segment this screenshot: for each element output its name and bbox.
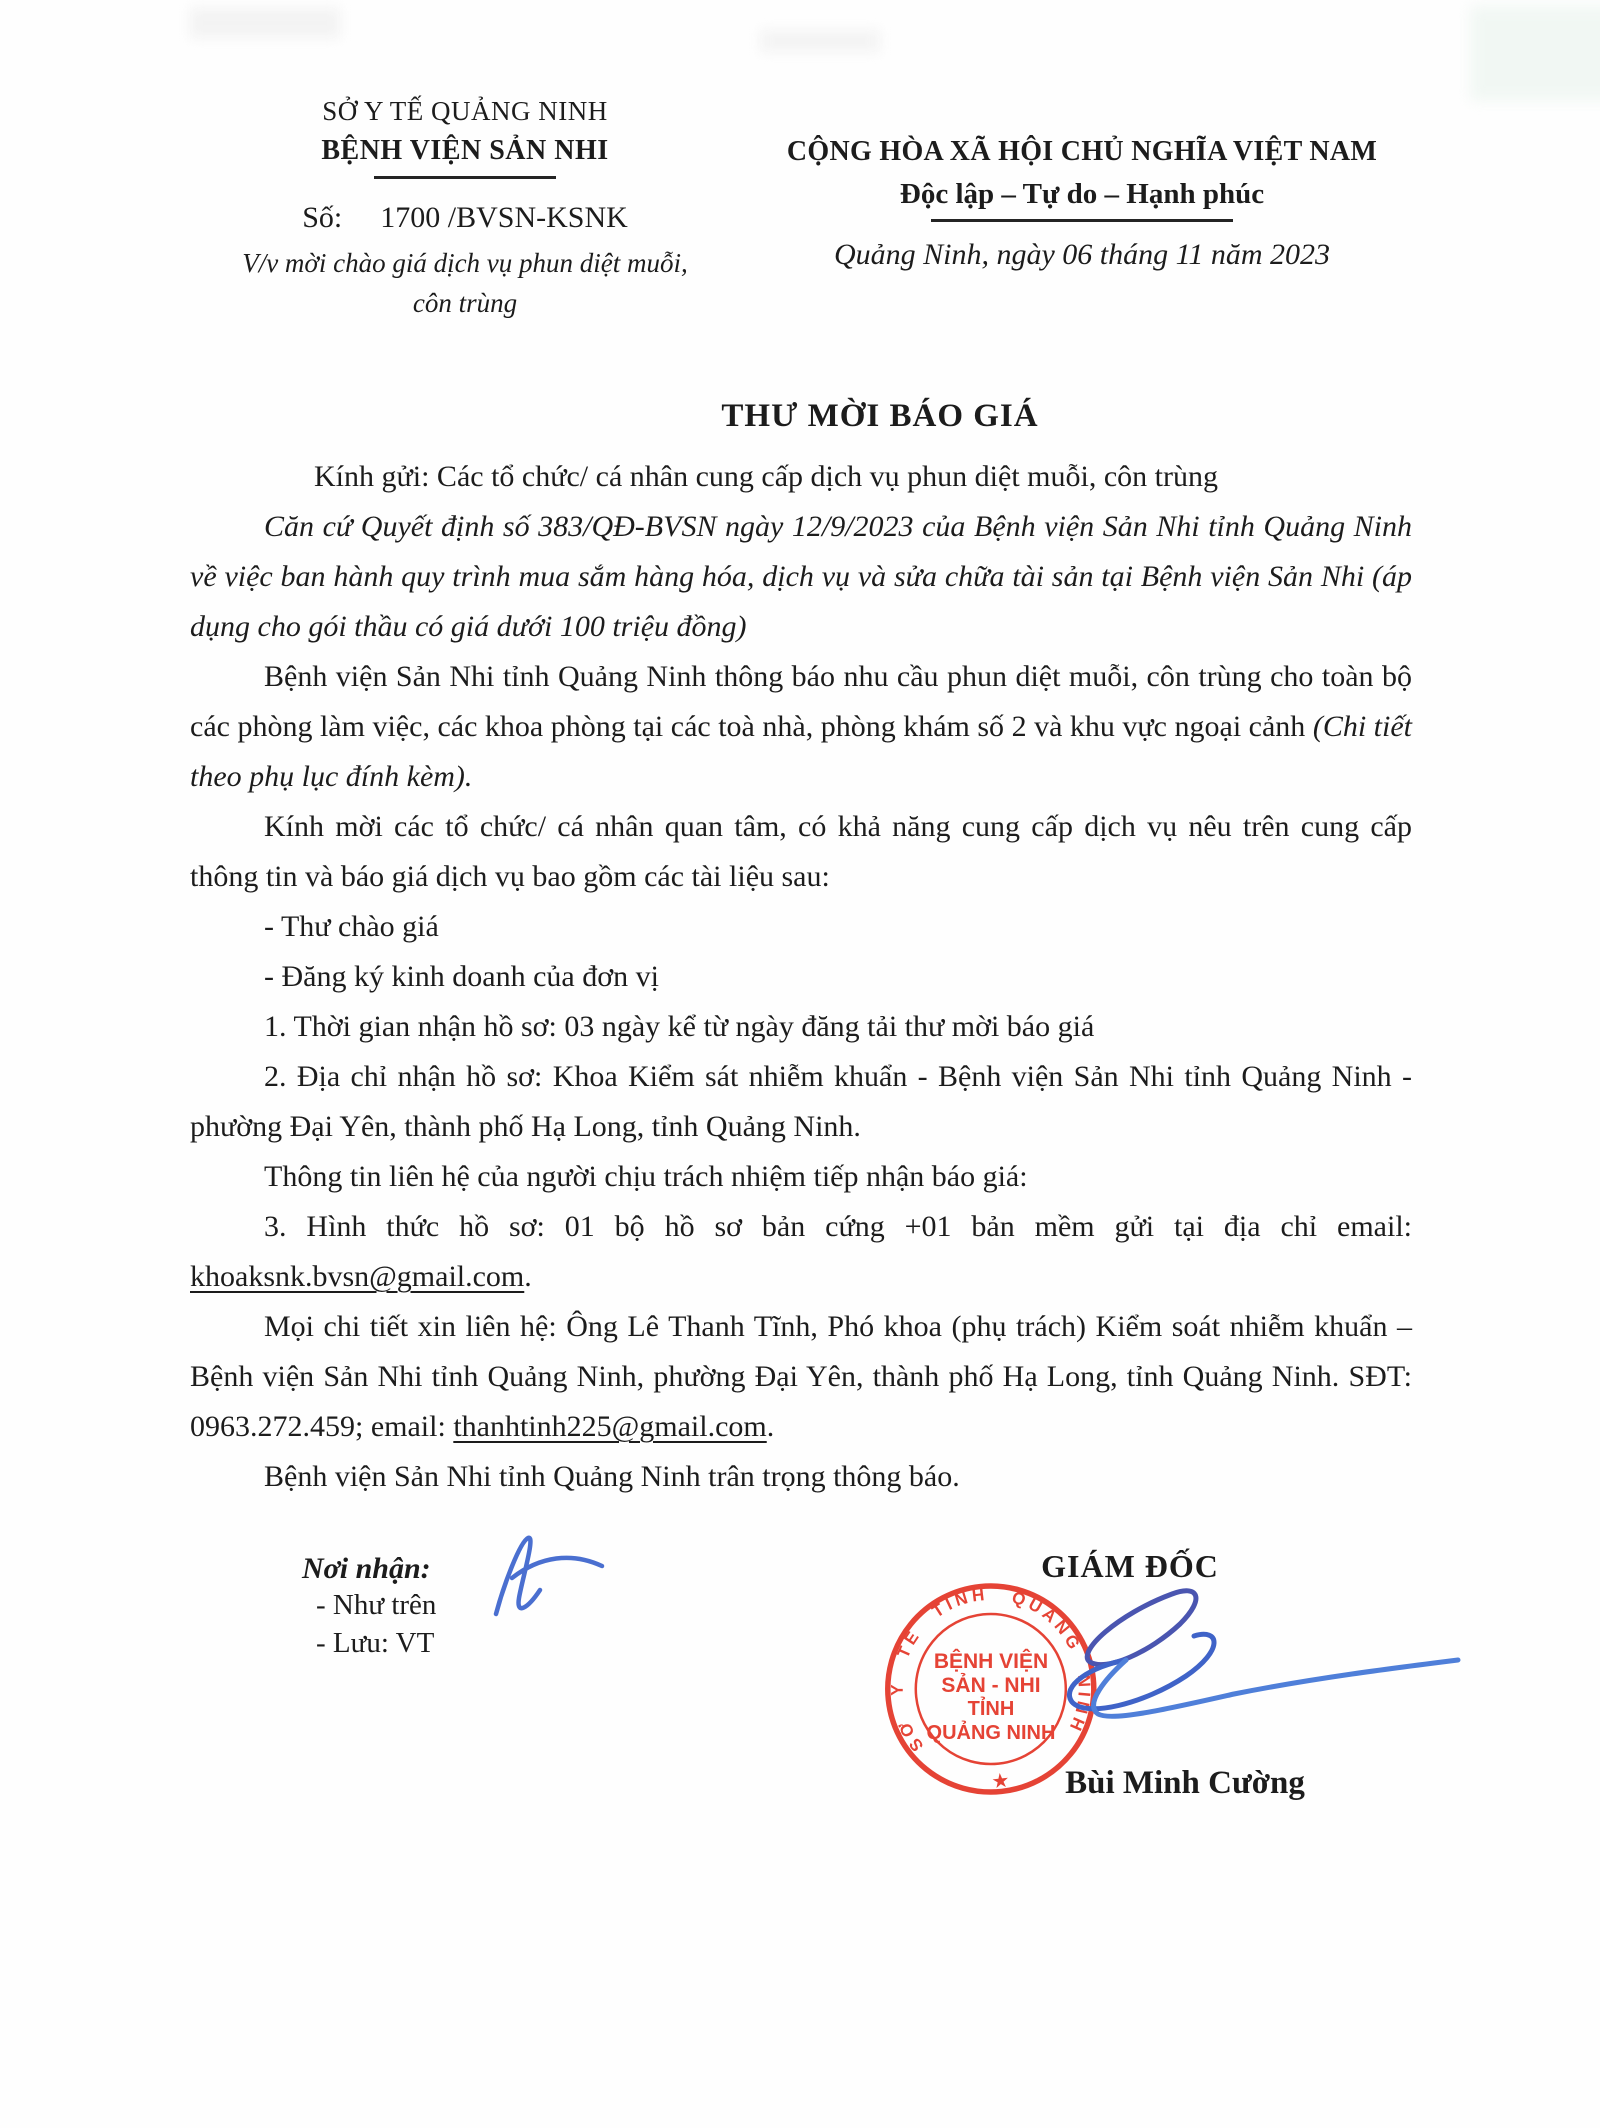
contact-intro-line: Thông tin liên hệ của người chịu trách n…	[190, 1152, 1412, 1202]
scan-artifact	[1470, 6, 1600, 101]
scanned-letter-page: SỞ Y TẾ QUẢNG NINH BỆNH VIỆN SẢN NHI Số:…	[0, 0, 1600, 2128]
national-motto: Độc lập – Tự do – Hạnh phúc	[762, 178, 1402, 211]
letterhead-national: CỘNG HÒA XÃ HỘI CHỦ NGHĨA VIỆT NAM Độc l…	[762, 136, 1402, 272]
contact-tail: .	[767, 1410, 775, 1443]
contact-text: Mọi chi tiết xin liên hệ: Ông Lê Thanh T…	[190, 1310, 1412, 1443]
bullet-quote-letter: - Thư chào giá	[190, 902, 1412, 952]
scan-artifact	[760, 30, 880, 52]
greeting-line: Kính gửi: Các tổ chức/ cá nhân cung cấp …	[190, 452, 1412, 502]
scan-artifact	[190, 8, 340, 38]
invite-paragraph: Kính mời các tổ chức/ cá nhân quan tâm, …	[190, 802, 1412, 902]
stamp-center-line3: TỈNH	[968, 1697, 1015, 1720]
dossier-tail: .	[524, 1260, 532, 1293]
letter-body: Kính gửi: Các tổ chức/ cá nhân cung cấp …	[190, 452, 1412, 1502]
need-paragraph: Bệnh viện Sản Nhi tỉnh Quảng Ninh thông …	[190, 652, 1412, 802]
letterhead-issuer: SỞ Y TẾ QUẢNG NINH BỆNH VIỆN SẢN NHI Số:…	[225, 96, 705, 323]
issuer-underline	[374, 176, 556, 179]
motto-underline	[931, 219, 1233, 222]
need-text: Bệnh viện Sản Nhi tỉnh Quảng Ninh thông …	[190, 660, 1412, 743]
item-dossier-format: 3. Hình thức hồ sơ: 01 bộ hồ sơ bản cứng…	[190, 1202, 1412, 1302]
place-date-line: Quảng Ninh, ngày 06 tháng 11 năm 2023	[762, 238, 1402, 272]
item-deadline: 1. Thời gian nhận hồ sơ: 03 ngày kể từ n…	[190, 1002, 1412, 1052]
dossier-text: 3. Hình thức hồ sơ: 01 bộ hồ sơ bản cứng…	[264, 1210, 1412, 1243]
signer-name: Bùi Minh Cường	[1035, 1765, 1335, 1802]
initials-scribble	[468, 1526, 618, 1631]
director-signature	[1022, 1582, 1482, 1757]
issuer-parent-org: SỞ Y TẾ QUẢNG NINH	[225, 96, 705, 127]
contact-email-link: thanhtinh225@gmail.com	[453, 1410, 766, 1443]
document-number-value: 1700 /BVSN-KSNK	[380, 201, 628, 234]
bullet-business-registration: - Đăng ký kinh doanh của đơn vị	[190, 952, 1412, 1002]
document-number-line: Số:1700 /BVSN-KSNK	[225, 201, 705, 235]
recipient-item: - Như trên	[316, 1586, 436, 1624]
item-address: 2. Địa chỉ nhận hồ sơ: Khoa Kiểm sát nhi…	[190, 1052, 1412, 1152]
national-title: CỘNG HÒA XÃ HỘI CHỦ NGHĨA VIỆT NAM	[762, 136, 1402, 168]
recipients-label: Nơi nhận:	[302, 1552, 436, 1586]
document-subject: V/v mời chào giá dịch vụ phun diệt muỗi,…	[225, 243, 705, 323]
issuer-org-name: BỆNH VIỆN SẢN NHI	[225, 135, 705, 167]
document-number-label: Số:	[302, 201, 342, 234]
legal-basis-paragraph: Căn cứ Quyết định số 383/QĐ-BVSN ngày 12…	[190, 502, 1412, 652]
closing-line: Bệnh viện Sản Nhi tỉnh Quảng Ninh trân t…	[190, 1452, 1412, 1502]
dossier-email-link: khoaksnk.bvsn@gmail.com	[190, 1260, 524, 1293]
recipients-block: Nơi nhận: - Như trên - Lưu: VT	[302, 1552, 436, 1662]
recipient-item: - Lưu: VT	[316, 1624, 436, 1662]
document-title: THƯ MỜI BÁO GIÁ	[160, 398, 1600, 435]
stamp-star: ★	[990, 1770, 1010, 1794]
contact-detail-paragraph: Mọi chi tiết xin liên hệ: Ông Lê Thanh T…	[190, 1302, 1412, 1452]
